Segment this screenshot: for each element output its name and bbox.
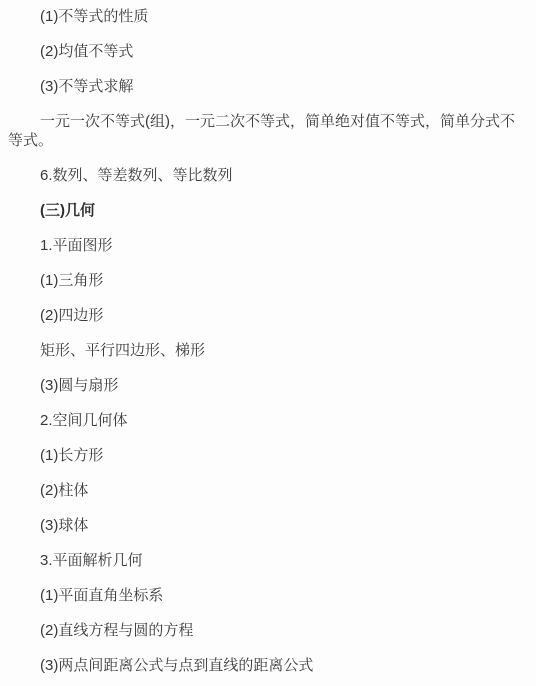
paragraph-inequality-types: 一元一次不等式(组)，一元二次不等式，简单绝对值不等式，简单分式不等式。 — [8, 112, 528, 150]
paragraph-quadrilateral-types: 矩形、平行四边形、梯形 — [8, 341, 528, 360]
list-item-mean-inequality: (2)均值不等式 — [8, 42, 528, 61]
list-item-line-circle-equations: (2)直线方程与圆的方程 — [8, 621, 528, 640]
list-item-triangle: (1)三角形 — [8, 271, 528, 290]
list-item-quadrilateral: (2)四边形 — [8, 306, 528, 325]
list-item-cartesian-coordinates: (1)平面直角坐标系 — [8, 586, 528, 605]
section-heading-geometry: (三)几何 — [8, 201, 528, 220]
list-item-sequences: 6.数列、等差数列、等比数列 — [8, 166, 528, 185]
document-page: (1)不等式的性质 (2)均值不等式 (3)不等式求解 一元一次不等式(组)，一… — [0, 0, 536, 686]
list-item-circle-sector: (3)圆与扇形 — [8, 376, 528, 395]
list-item-solid-geometry: 2.空间几何体 — [8, 411, 528, 430]
list-item-sphere: (3)球体 — [8, 516, 528, 535]
list-item-cylinder: (2)柱体 — [8, 481, 528, 500]
list-item-inequality-properties: (1)不等式的性质 — [8, 7, 528, 26]
list-item-analytic-geometry: 3.平面解析几何 — [8, 551, 528, 570]
list-item-solving-inequalities: (3)不等式求解 — [8, 77, 528, 96]
list-item-distance-formulas: (3)两点间距离公式与点到直线的距离公式 — [8, 656, 528, 675]
list-item-cuboid: (1)长方形 — [8, 446, 528, 465]
list-item-plane-figures: 1.平面图形 — [8, 236, 528, 255]
